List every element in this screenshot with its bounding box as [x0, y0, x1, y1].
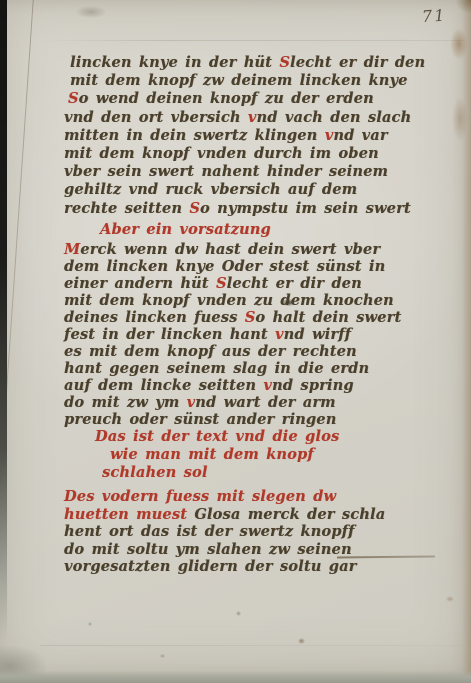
text-run: hant gegen seinem slag in die erdn	[64, 360, 369, 377]
manuscript-line: Des vodern fuess mit slegen dw	[64, 488, 394, 506]
manuscript-line: Aber ein vorsatzung	[64, 221, 394, 239]
manuscript-line: deines lincken fuess So halt dein swert	[64, 309, 394, 326]
rubricated-text-run: S	[245, 309, 256, 326]
manuscript-line: rechte seitten So nympstu im sein swert	[64, 200, 394, 218]
text-run: mitten in dein swertz klingen	[64, 127, 325, 144]
manuscript-line: mit dem knopf vnden zu dem knochen	[64, 292, 394, 309]
text-run: nd wart der arm	[195, 394, 335, 411]
text-run: lincken knye in der hüt	[70, 54, 279, 71]
text-run: fest in der lincken hant	[64, 326, 275, 343]
manuscript-page: 71 lincken knye in der hüt Slecht er dir…	[0, 0, 471, 677]
manuscript-line: hant gegen seinem slag in die erdn	[64, 360, 394, 377]
rubricated-text-run: S	[68, 90, 79, 107]
page-corner-smudge	[455, 0, 471, 14]
rubricated-text-run: Das ist der text vnd die glos	[95, 428, 339, 445]
text-run: vorgesatzten glidern der soltu gar	[64, 558, 357, 575]
text-run: rechte seitten	[64, 200, 189, 217]
stain	[446, 596, 454, 602]
text-run: nd spring	[272, 377, 354, 394]
rubricated-text-run: wie man mit dem knopf	[110, 446, 314, 463]
stain	[298, 638, 305, 644]
rubricated-text-run: v	[248, 109, 257, 126]
manuscript-line: huetten muest Glosa merck der schla	[64, 506, 394, 524]
manuscript-line: auf dem lincke seitten vnd spring	[64, 377, 394, 394]
manuscript-line: mit dem knopf vnden durch im oben	[64, 145, 394, 163]
text-run: mit dem knopf zw deinem lincken knye	[70, 72, 408, 89]
manuscript-line: einer andern hüt Slecht er dir den	[64, 275, 394, 292]
text-run: gehiltz vnd ruck vbersich auf dem	[64, 181, 357, 198]
manuscript-line: Das ist der text vnd die glos	[64, 428, 394, 446]
text-run: es mit dem knopf aus der rechten	[64, 343, 357, 360]
text-run: nd var	[333, 127, 387, 144]
text-run: hent ort das ist der swertz knopff	[64, 523, 355, 540]
text-run: dem lincken knye Oder stest sünst in	[64, 258, 385, 275]
text-run: o nympstu im sein swert	[200, 200, 411, 217]
manuscript-line: vnd den ort vbersich vnd vach den slach	[64, 109, 394, 127]
rubricated-text-run: S	[279, 54, 290, 71]
manuscript-line: es mit dem knopf aus der rechten	[64, 343, 394, 360]
manuscript-line: gehiltz vnd ruck vbersich auf dem	[64, 181, 394, 199]
manuscript-line: Merck wenn dw hast dein swert vber	[64, 241, 394, 258]
manuscript-line: preuch oder sünst ander ringen	[64, 411, 394, 428]
rubricated-text-run: M	[64, 241, 80, 258]
rubricated-text-run: Des vodern fuess mit slegen dw	[64, 488, 336, 505]
text-run: do mit zw ym	[64, 394, 187, 411]
text-run: mit dem knopf vnden zu dem knochen	[64, 292, 394, 309]
manuscript-line: dem lincken knye Oder stest sünst in	[64, 258, 394, 275]
rubricated-text-run: schlahen sol	[102, 464, 208, 481]
scan-background-bottom	[0, 671, 471, 683]
glosa-paragraph: Merck wenn dw hast dein swert vberdem li…	[64, 241, 394, 428]
parchment-crease-bottom	[40, 645, 463, 646]
manuscript-line: wie man mit dem knopf	[64, 446, 394, 464]
rubricated-text-run: S	[216, 275, 227, 292]
manuscript-line: fest in der lincken hant vnd wirff	[64, 326, 394, 343]
rubricated-text-run: v	[187, 394, 196, 411]
text-run: o wend deinen knopf zu der erden	[79, 90, 374, 107]
rubricated-text-run: huetten muest	[64, 506, 194, 523]
stain	[76, 6, 106, 18]
manuscript-text-block: lincken knye in der hüt Slecht er dir de…	[64, 54, 394, 576]
text-run: deines lincken fuess	[64, 309, 245, 326]
text-run: lecht er dir den	[290, 54, 425, 71]
text-run: nd vach den slach	[257, 109, 412, 126]
stain	[88, 622, 92, 626]
rubric-heading-text-und-glos: Das ist der text vnd die gloswie man mit…	[64, 428, 394, 482]
manuscript-line: do mit zw ym vnd wart der arm	[64, 394, 394, 411]
manuscript-line: So wend deinen knopf zu der erden	[64, 90, 394, 108]
page-edge-right	[462, 0, 471, 677]
rubricated-text-run: Aber ein vorsatzung	[100, 221, 271, 238]
text-run: erck wenn dw hast dein swert vber	[80, 241, 380, 258]
rubric-heading-vorsatzung: Aber ein vorsatzung	[64, 221, 394, 239]
text-run: Glosa merck der schla	[194, 506, 385, 523]
text-run: vber sein swert nahent hinder seinem	[64, 163, 388, 180]
text-run: vnd den ort vbersich	[64, 109, 248, 126]
text-run: nd wirff	[284, 326, 351, 343]
text-run: lecht er dir den	[227, 275, 362, 292]
text-run: mit dem knopf vnden durch im oben	[64, 145, 379, 162]
parchment-crease-top	[40, 40, 463, 41]
text-run: auf dem lincke seitten	[64, 377, 263, 394]
folio-number: 71	[421, 5, 456, 26]
manuscript-line: vber sein swert nahent hinder seinem	[64, 163, 394, 181]
verse-and-glosa-paragraph: Des vodern fuess mit slegen dwhuetten mu…	[64, 488, 394, 576]
stain	[160, 654, 165, 658]
rubricated-text-run: S	[189, 200, 200, 217]
manuscript-line: hent ort das ist der swertz knopff	[64, 523, 394, 541]
rubricated-text-run: v	[263, 377, 272, 394]
manuscript-line: mitten in dein swertz klingen vnd var	[64, 127, 394, 145]
manuscript-line: vorgesatzten glidern der soltu gar	[64, 558, 394, 576]
continuation-paragraph: lincken knye in der hüt Slecht er dir de…	[64, 54, 394, 218]
stain	[236, 611, 241, 616]
text-run: do mit soltu ym slahen zw seinen	[64, 541, 352, 558]
manuscript-scan: 71 lincken knye in der hüt Slecht er dir…	[0, 0, 471, 683]
text-run: preuch oder sünst ander ringen	[64, 411, 336, 428]
rubricated-text-run: v	[275, 326, 284, 343]
manuscript-line: lincken knye in der hüt Slecht er dir de…	[64, 54, 394, 72]
manuscript-line: schlahen sol	[64, 464, 394, 482]
text-run: einer andern hüt	[64, 275, 216, 292]
manuscript-line: mit dem knopf zw deinem lincken knye	[64, 72, 394, 90]
page-edge-left	[0, 0, 7, 640]
text-run: o halt dein swert	[255, 309, 401, 326]
